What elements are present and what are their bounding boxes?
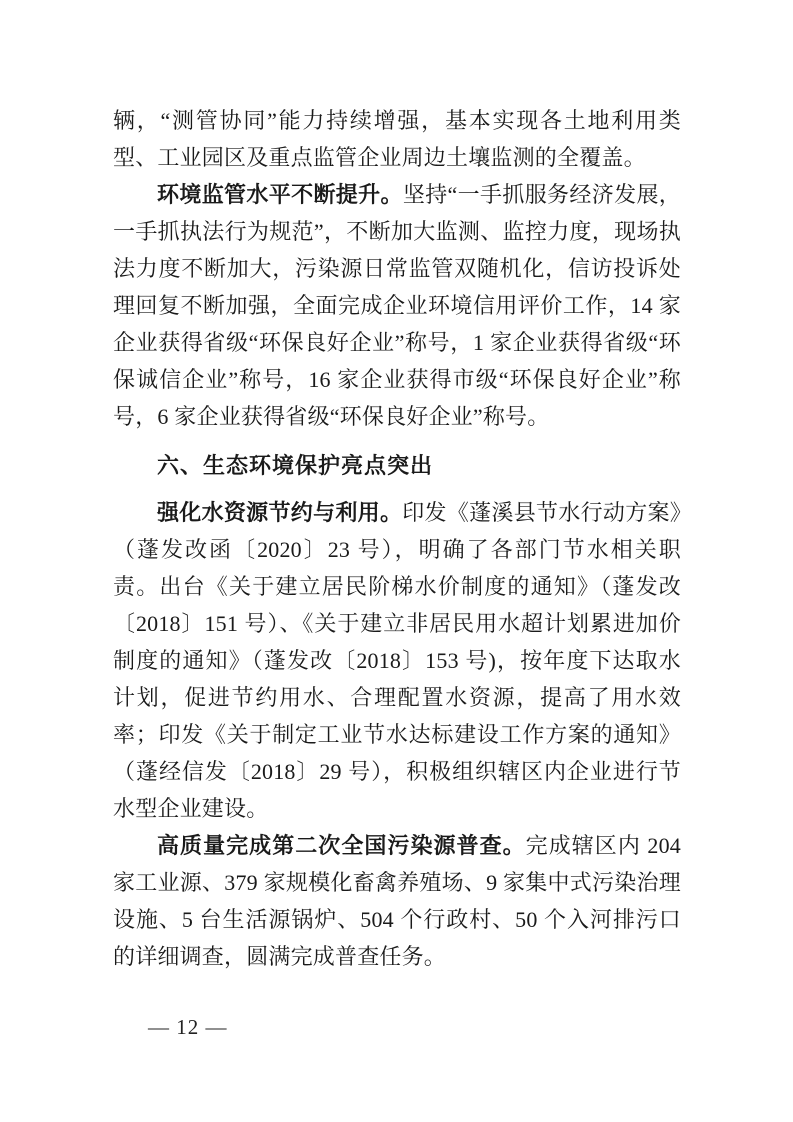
paragraph-text: 坚持“一手抓服务经济发展，一手抓执法行为规范”，不断加大监测、监控力度，现场执法… (113, 182, 681, 429)
page-number: — 12 — (148, 1015, 228, 1040)
document-page: 辆，“测管协同”能力持续增强，基本实现各土地利用类型、工业园区及重点监管企业周边… (0, 0, 793, 1122)
paragraph: 高质量完成第二次全国污染源普查。完成辖区内 204 家工业源、379 家规模化畜… (113, 827, 681, 975)
paragraph: 辆，“测管协同”能力持续增强，基本实现各土地利用类型、工业园区及重点监管企业周边… (113, 102, 681, 176)
paragraph: 强化水资源节约与利用。印发《蓬溪县节水行动方案》（蓬发改函〔2020〕23 号）… (113, 494, 681, 827)
document-body: 辆，“测管协同”能力持续增强，基本实现各土地利用类型、工业园区及重点监管企业周边… (113, 102, 681, 975)
section-heading: 六、生态环境保护亮点突出 (113, 447, 681, 484)
paragraph: 环境监管水平不断提升。坚持“一手抓服务经济发展，一手抓执法行为规范”，不断加大监… (113, 176, 681, 435)
paragraph-lead-bold: 环境监管水平不断提升。 (157, 182, 403, 207)
paragraph-text: 印发《蓬溪县节水行动方案》（蓬发改函〔2020〕23 号），明确了各部门节水相关… (113, 500, 681, 821)
paragraph-lead-bold: 强化水资源节约与利用。 (157, 500, 402, 525)
paragraph-lead-bold: 高质量完成第二次全国污染源普查。 (157, 833, 526, 858)
paragraph-text: 辆，“测管协同”能力持续增强，基本实现各土地利用类型、工业园区及重点监管企业周边… (113, 108, 681, 170)
paragraph-lead-bold: 六、生态环境保护亮点突出 (157, 453, 433, 478)
